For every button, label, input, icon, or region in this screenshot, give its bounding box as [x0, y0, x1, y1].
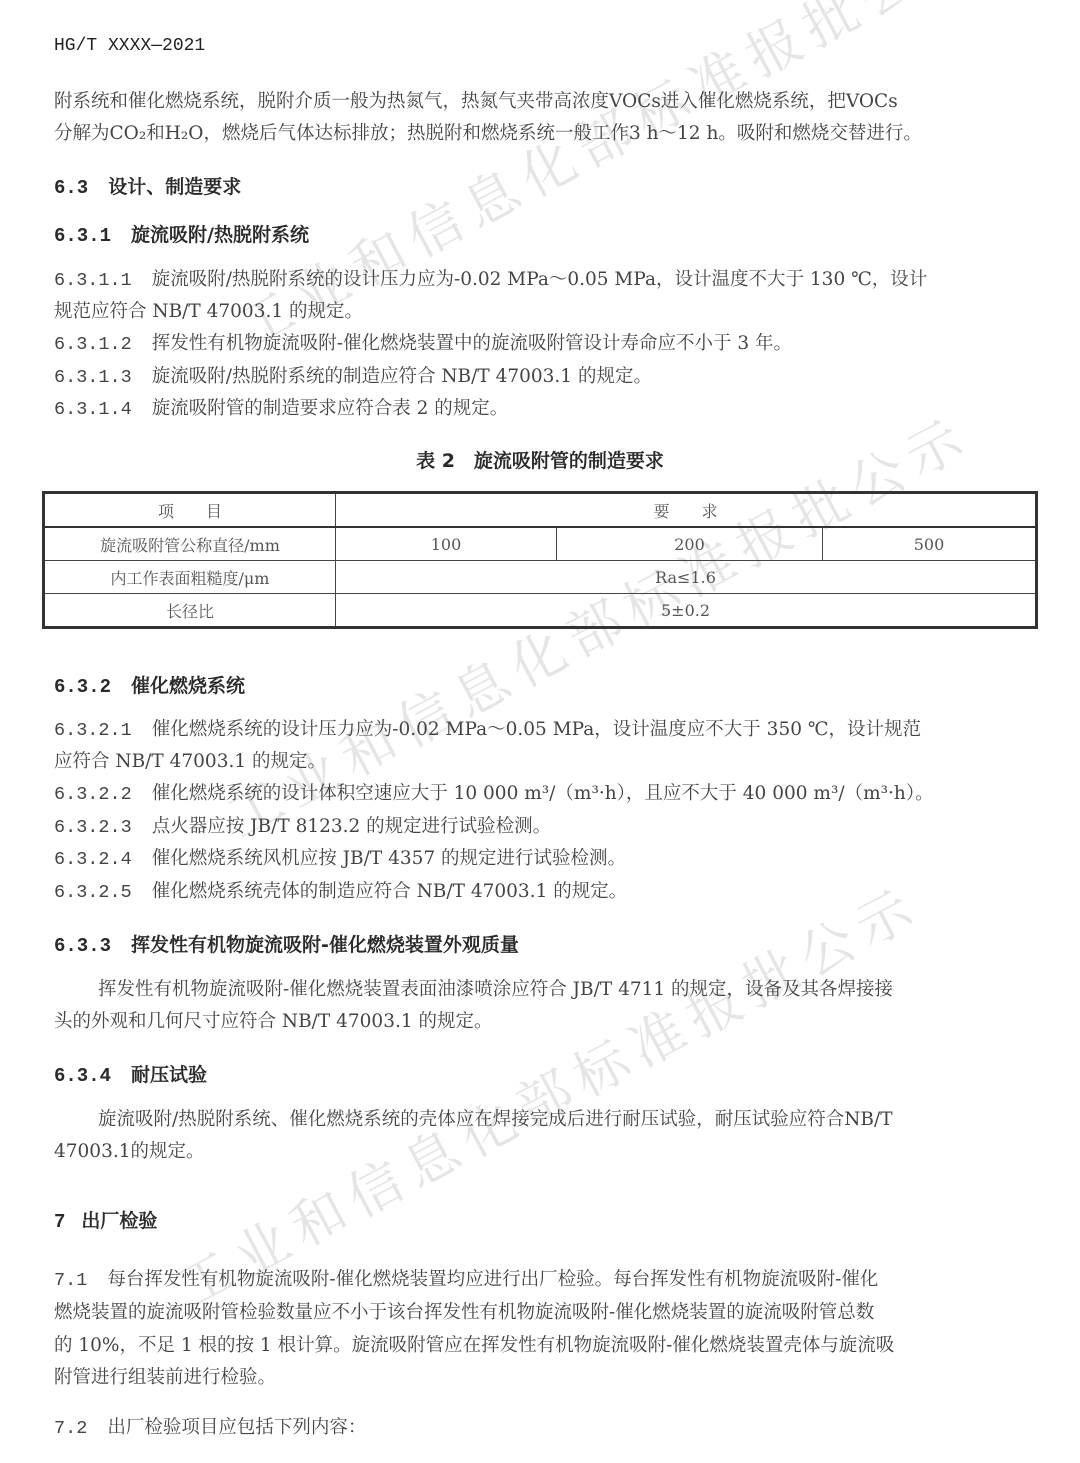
section-6-3-1-heading: 6.3.1旋流吸附/热脱附系统 — [54, 220, 309, 247]
table-2: 项 目 要 求 旋流吸附管公称直径/mm 100 200 500 内工作表面粗糙… — [42, 491, 1038, 629]
clause-6-3-1-1: 6.3.1.1旋流吸附/热脱附系统的设计压力应为-0.02 MPa～0.05 M… — [54, 264, 927, 297]
section-6-3-4-heading: 6.3.4耐压试验 — [54, 1060, 207, 1087]
cell: 500 — [823, 527, 1037, 561]
section-6-3-heading: 6.3设计、制造要求 — [54, 172, 241, 199]
document-header-id: HG/T XXXX—2021 — [54, 36, 205, 56]
table-header-row: 项 目 要 求 — [44, 493, 1037, 528]
clause-7-1-line-4: 附管进行组装前进行检验。 — [54, 1362, 276, 1394]
cell: 100 — [336, 527, 557, 561]
cell: 5±0.2 — [336, 594, 1037, 628]
clause-7-1-line-3: 的 10%，不足 1 根的按 1 根计算。旋流吸附管应在挥发性有机物旋流吸附-催… — [54, 1330, 894, 1362]
section-6-3-3-heading: 6.3.3挥发性有机物旋流吸附-催化燃烧装置外观质量 — [54, 930, 519, 957]
clause-6-3-2-1-cont: 应符合 NB/T 47003.1 的规定。 — [54, 746, 326, 778]
clause-6-3-1-3: 6.3.1.3旋流吸附/热脱附系统的制造应符合 NB/T 47003.1 的规定… — [54, 361, 652, 394]
clause-6-3-2-3: 6.3.2.3点火器应按 JB/T 8123.2 的规定进行试验检测。 — [54, 811, 551, 844]
cell: Ra≤1.6 — [336, 561, 1037, 594]
para-6-3-3-line-1: 挥发性有机物旋流吸附-催化燃烧装置表面油漆喷涂应符合 JB/T 4711 的规定… — [98, 974, 893, 1006]
row-label: 长径比 — [44, 594, 336, 628]
para-6-3-4-line-2: 47003.1的规定。 — [54, 1136, 205, 1168]
clause-7-2: 7.2出厂检验项目应包括下列内容： — [54, 1412, 366, 1445]
table-row: 内工作表面粗糙度/μm Ra≤1.6 — [44, 561, 1037, 594]
table-row: 旋流吸附管公称直径/mm 100 200 500 — [44, 527, 1037, 561]
row-label: 内工作表面粗糙度/μm — [44, 561, 336, 594]
clause-6-3-2-1: 6.3.2.1催化燃烧系统的设计压力应为-0.02 MPa～0.05 MPa，设… — [54, 714, 921, 747]
section-6-3-2-heading: 6.3.2催化燃烧系统 — [54, 671, 245, 698]
intro-line-1: 附系统和催化燃烧系统，脱附介质一般为热氮气，热氮气夹带高浓度VOCs进入催化燃烧… — [54, 86, 898, 118]
header-requirement: 要 求 — [336, 493, 1037, 528]
table-2-caption: 表 2 旋流吸附管的制造要求 — [0, 446, 1080, 473]
cell: 200 — [557, 527, 823, 561]
clause-6-3-1-1-cont: 规范应符合 NB/T 47003.1 的规定。 — [54, 296, 363, 328]
para-6-3-4-line-1: 旋流吸附/热脱附系统、催化燃烧系统的壳体应在焊接完成后进行耐压试验，耐压试验应符… — [98, 1104, 893, 1136]
clause-6-3-1-2: 6.3.1.2挥发性有机物旋流吸附-催化燃烧装置中的旋流吸附管设计寿命应不小于 … — [54, 328, 792, 361]
table-row: 长径比 5±0.2 — [44, 594, 1037, 628]
para-6-3-3-line-2: 头的外观和几何尺寸应符合 NB/T 47003.1 的规定。 — [54, 1006, 493, 1038]
row-label: 旋流吸附管公称直径/mm — [44, 527, 336, 561]
clause-6-3-2-4: 6.3.2.4催化燃烧系统风机应按 JB/T 4357 的规定进行试验检测。 — [54, 843, 626, 876]
clause-6-3-1-4: 6.3.1.4旋流吸附管的制造要求应符合表 2 的规定。 — [54, 393, 508, 426]
clause-7-1-line-2: 燃烧装置的旋流吸附管检验数量应不小于该台挥发性有机物旋流吸附-催化燃烧装置的旋流… — [54, 1297, 874, 1329]
intro-line-2: 分解为CO₂和H₂O，燃烧后气体达标排放；热脱附和燃烧系统一般工作3 h～12 … — [54, 118, 922, 150]
section-7-heading: 7出厂检验 — [54, 1206, 157, 1233]
clause-7-1: 7.1每台挥发性有机物旋流吸附-催化燃烧装置均应进行出厂检验。每台挥发性有机物旋… — [54, 1264, 878, 1297]
clause-6-3-2-2: 6.3.2.2催化燃烧系统的设计体积空速应大于 10 000 m³/（m³·h）… — [54, 778, 934, 811]
clause-6-3-2-5: 6.3.2.5催化燃烧系统壳体的制造应符合 NB/T 47003.1 的规定。 — [54, 876, 627, 909]
header-item: 项 目 — [44, 493, 336, 528]
